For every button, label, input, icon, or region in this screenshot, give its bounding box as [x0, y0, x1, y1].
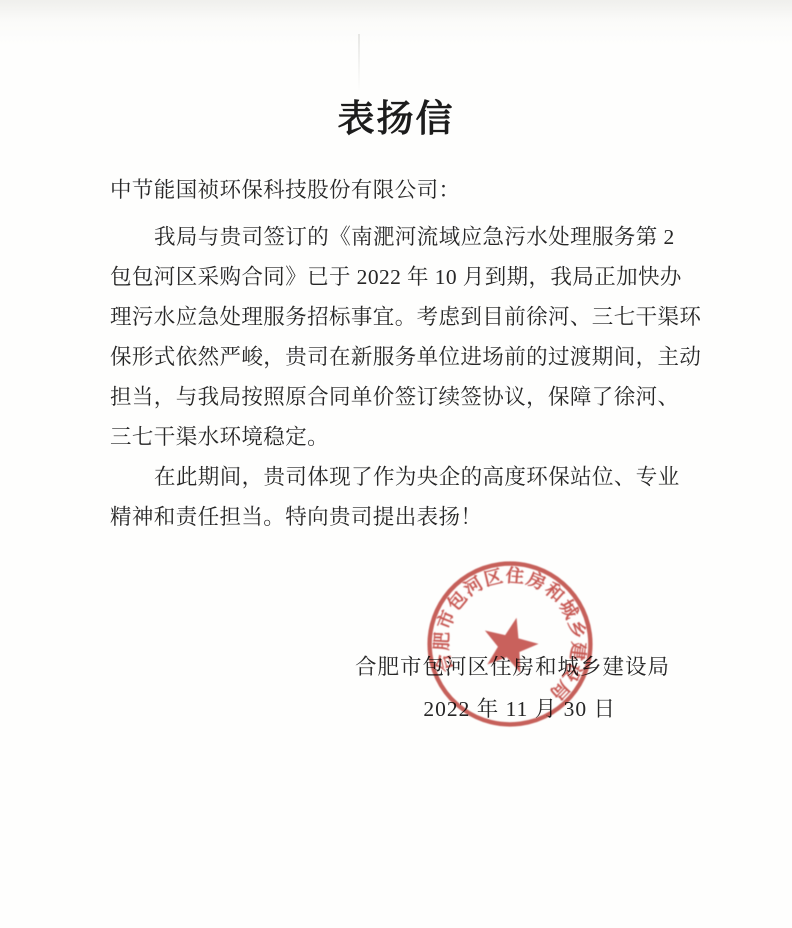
body-line: 在此期间，贵司体现了作为央企的高度环保站位、专业: [110, 457, 696, 497]
body-line: 理污水应急处理服务招标事宜。考虑到目前徐河、三七干渠环: [110, 297, 696, 337]
signature-organization: 合肥市包河区住房和城乡建设局: [0, 650, 792, 681]
letter-body: 中节能国祯环保科技股份有限公司： 我局与贵司签订的《南淝河流域应急污水处理服务第…: [110, 170, 696, 537]
body-line: 三七干渠水环境稳定。: [110, 417, 696, 457]
body-line: 精神和责任担当。特向贵司提出表扬！: [110, 497, 696, 537]
body-line: 保形式依然严峻，贵司在新服务单位进场前的过渡期间，主动: [110, 337, 696, 377]
svg-text:合肥市包河区住房和城乡建设局: 合肥市包河区住房和城乡建设局: [421, 552, 602, 709]
seal-text: 合肥市包河区住房和城乡建设局: [421, 552, 602, 709]
letter-title: 表扬信: [0, 88, 792, 142]
signature-date: 2022 年 11 月 30 日: [0, 692, 792, 723]
body-line: 担当，与我局按照原合同单价签订续签协议，保障了徐河、: [110, 377, 696, 417]
salutation: 中节能国祯环保科技股份有限公司：: [110, 170, 696, 210]
body-line: 包包河区采购合同》已于 2022 年 10 月到期，我局正加快办: [110, 257, 696, 297]
letter-page: 表扬信 中节能国祯环保科技股份有限公司： 我局与贵司签订的《南淝河流域应急污水处…: [0, 0, 792, 928]
body-line: 我局与贵司签订的《南淝河流域应急污水处理服务第 2: [110, 217, 696, 257]
